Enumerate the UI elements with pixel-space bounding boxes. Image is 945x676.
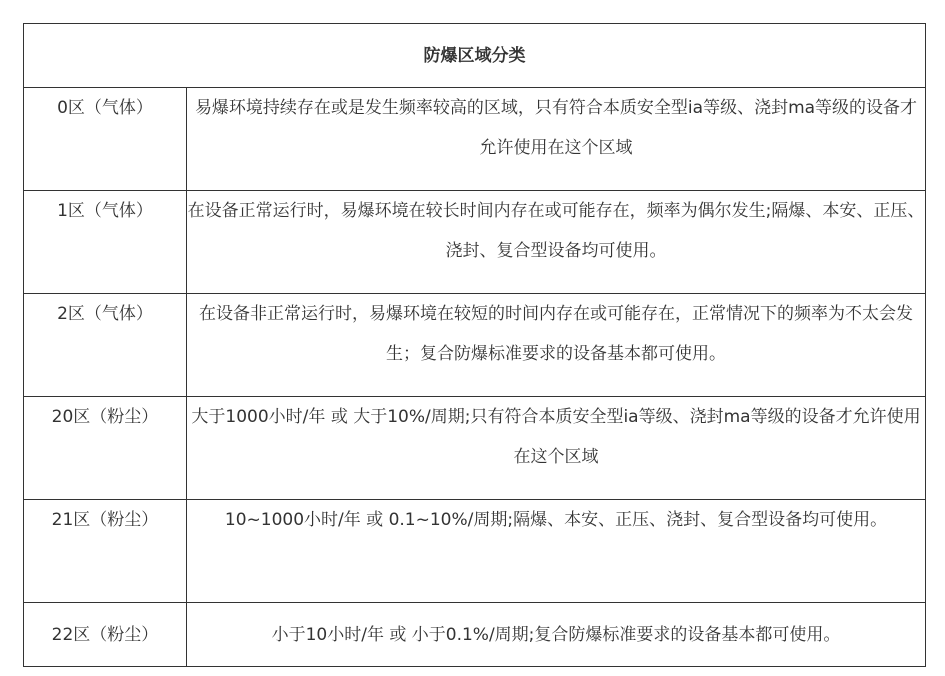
description-cell: 在设备正常运行时，易爆环境在较长时间内存在或可能存在，频率为偶尔发生;隔爆、本安… [187, 191, 926, 294]
zone-cell: 22区（粉尘） [24, 603, 187, 667]
table-row: 22区（粉尘） 小于10小时/年 或 小于0.1%/周期;复合防爆标准要求的设备… [24, 603, 926, 667]
description-cell: 10~1000小时/年 或 0.1~10%/周期;隔爆、本安、正压、浇封、复合型… [187, 500, 926, 603]
description-cell: 易爆环境持续存在或是发生频率较高的区域，只有符合本质安全型ia等级、浇封ma等级… [187, 88, 926, 191]
description-cell: 在设备非正常运行时，易爆环境在较短的时间内存在或可能存在，正常情况下的频率为不太… [187, 294, 926, 397]
zone-cell: 20区（粉尘） [24, 397, 187, 500]
zone-cell: 0区（气体） [24, 88, 187, 191]
table-title: 防爆区域分类 [24, 24, 926, 88]
zone-cell: 2区（气体） [24, 294, 187, 397]
table-row: 21区（粉尘） 10~1000小时/年 或 0.1~10%/周期;隔爆、本安、正… [24, 500, 926, 603]
explosion-zone-table: 防爆区域分类 0区（气体） 易爆环境持续存在或是发生频率较高的区域，只有符合本质… [23, 23, 926, 667]
table-row: 1区（气体） 在设备正常运行时，易爆环境在较长时间内存在或可能存在，频率为偶尔发… [24, 191, 926, 294]
description-cell: 大于1000小时/年 或 大于10%/周期;只有符合本质安全型ia等级、浇封ma… [187, 397, 926, 500]
table-row: 20区（粉尘） 大于1000小时/年 或 大于10%/周期;只有符合本质安全型i… [24, 397, 926, 500]
table-row: 2区（气体） 在设备非正常运行时，易爆环境在较短的时间内存在或可能存在，正常情况… [24, 294, 926, 397]
zone-cell: 21区（粉尘） [24, 500, 187, 603]
description-cell: 小于10小时/年 或 小于0.1%/周期;复合防爆标准要求的设备基本都可使用。 [187, 603, 926, 667]
table-row: 0区（气体） 易爆环境持续存在或是发生频率较高的区域，只有符合本质安全型ia等级… [24, 88, 926, 191]
table-header-row: 防爆区域分类 [24, 24, 926, 88]
zone-cell: 1区（气体） [24, 191, 187, 294]
